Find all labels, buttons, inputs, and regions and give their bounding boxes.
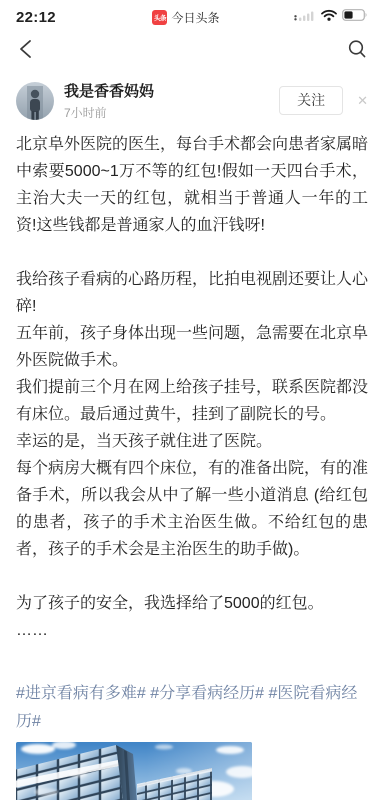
avatar[interactable] bbox=[16, 82, 54, 120]
current-app-indicator[interactable]: 头条 今日头条 bbox=[152, 9, 219, 26]
hashtag-link[interactable]: #分享看病经历# bbox=[150, 685, 264, 702]
post-timestamp: 7小时前 bbox=[64, 104, 279, 121]
nav-bar bbox=[0, 28, 384, 72]
paragraph: 北京阜外医院的医生，每台手术都会向患者家属暗中索要5000~1万不等的红包!假如… bbox=[16, 131, 368, 239]
battery-icon bbox=[342, 8, 368, 26]
post-body: 北京阜外医院的医生，每台手术都会向患者家属暗中索要5000~1万不等的红包!假如… bbox=[0, 127, 384, 644]
back-button[interactable] bbox=[16, 38, 38, 63]
paragraph-ellipsis: …… bbox=[16, 617, 368, 644]
paragraph: 为了孩子的安全，我选择给了5000的红包。 bbox=[16, 590, 368, 617]
author-name[interactable]: 我是香香妈妈 bbox=[64, 80, 279, 101]
paragraph: 我们提前三个月在网上给孩子挂号，联系医院都没有床位。最后通过黄牛，挂到了副院长的… bbox=[16, 374, 368, 428]
wifi-icon bbox=[321, 8, 337, 26]
hashtag-link[interactable]: #进京看病有多难# bbox=[16, 685, 146, 702]
paragraph: 我给孩子看病的心路历程，比拍电视剧还要让人心碎! bbox=[16, 266, 368, 320]
search-icon bbox=[346, 38, 368, 63]
cellular-signal-icon bbox=[294, 8, 316, 26]
status-bar: 22:12 头条 今日头条 bbox=[0, 0, 384, 28]
paragraph: 每个病房大概有四个床位，有的准备出院，有的准备手术，所以我会从中了解一些小道消息… bbox=[16, 455, 368, 563]
toutiao-logo-icon: 头条 bbox=[152, 10, 167, 25]
clock: 22:12 bbox=[16, 9, 88, 26]
paragraph: 五年前，孩子身体出现一些问题，急需要在北京阜外医院做手术。 bbox=[16, 320, 368, 374]
post-image-building[interactable] bbox=[16, 742, 252, 800]
post-header: 我是香香妈妈 7小时前 关注 ✕ bbox=[0, 72, 384, 127]
follow-button[interactable]: 关注 bbox=[279, 86, 343, 115]
app-name-label: 今日头条 bbox=[171, 9, 219, 26]
paragraph: 幸运的是，当天孩子就住进了医院。 bbox=[16, 428, 368, 455]
search-button[interactable] bbox=[346, 38, 368, 63]
hashtag-row: #进京看病有多难# #分享看病经历# #医院看病经历# bbox=[0, 680, 384, 736]
chevron-left-icon bbox=[16, 38, 38, 63]
dismiss-icon[interactable]: ✕ bbox=[357, 94, 368, 107]
